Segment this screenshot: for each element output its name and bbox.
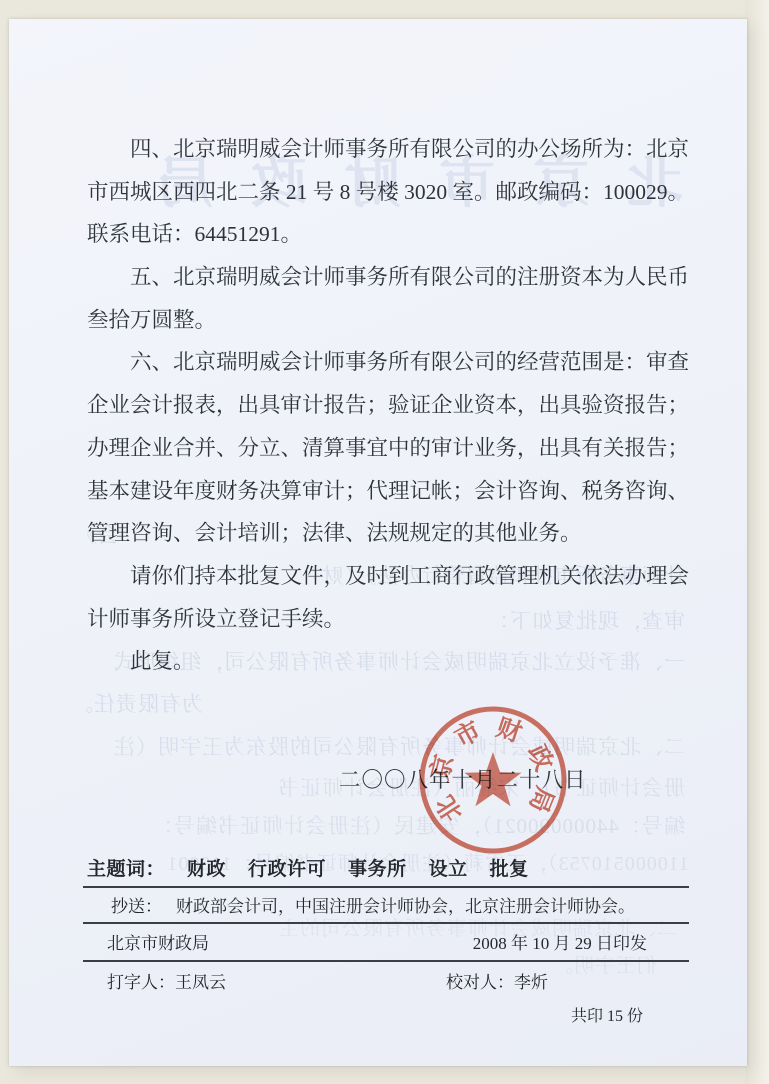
seal-char: 京: [425, 752, 459, 783]
subject-keywords: 财政行政许可事务所设立批复: [165, 859, 529, 880]
doc-line: 请你们持本批复文件，及时到工商行政管理机关依法办理会: [87, 555, 691, 598]
proofreader-name: 李炘: [514, 973, 548, 992]
doc-line: 五、北京瑞明威会计师事务所有限公司的注册资本为人民币: [87, 256, 691, 299]
cc-label: 抄送：: [111, 897, 162, 916]
doc-line: 六、北京瑞明威会计师事务所有限公司的经营范围是：审查: [87, 341, 691, 384]
copies-count: 共印 15 份: [83, 993, 689, 1026]
doc-line: 叁拾万圆整。: [87, 299, 691, 342]
doc-line: 市西城区西四北二条 21 号 8 号楼 3020 室。邮政编码：100029。: [87, 171, 691, 214]
subject-keyword: 行政许可: [248, 859, 326, 880]
doc-line: 计师事务所设立登记手续。: [87, 598, 691, 641]
cc-row: 抄送：财政部会计司，中国注册会计师协会，北京注册会计师协会。: [83, 888, 689, 924]
typist-label: 打字人：: [107, 973, 175, 992]
print-date: 2008 年 10 月 29 日印发: [473, 929, 647, 954]
bleed-text-line: 编号：44000090021），安建民（注册会计师证书编号：: [9, 810, 747, 840]
issue-row: 北京市财政局 2008 年 10 月 29 日印发: [83, 924, 689, 962]
footer-block: 主题词：财政行政许可事务所设立批复 抄送：财政部会计司，中国注册会计师协会，北京…: [83, 854, 689, 1026]
seal-char: 局: [524, 783, 559, 817]
cc-list: 财政部会计司，中国注册会计师协会，北京注册会计师协会。: [176, 897, 635, 916]
document-body: 四、北京瑞明威会计师事务所有限公司的办公场所为：北京市西城区西四北二条 21 号…: [87, 128, 691, 683]
issuer-name: 北京市财政局: [107, 929, 209, 954]
proofreader-label: 校对人：: [446, 973, 514, 992]
scanned-document: { "document": { "lines": [ {"text": "四、北…: [0, 0, 769, 1084]
seal-star-icon: [465, 752, 522, 806]
bleed-text-line: 二、北京瑞明威会计师事务所有限公司的股东为王宇明（注: [9, 731, 747, 761]
subject-keyword: 批复: [490, 859, 529, 880]
official-seal: 北京市财政局: [413, 700, 573, 860]
subject-keyword: 财政: [187, 859, 226, 880]
typist: 打字人：王凤云: [107, 968, 226, 993]
subject-keyword: 设立: [429, 859, 468, 880]
seal-char: 财: [493, 713, 525, 747]
proofreader: 校对人：李炘: [446, 968, 548, 993]
document-page: 北京市财政局会》计师事务所审批和监督管行办法》（财审查，现批复如下：一、准予设立…: [9, 19, 747, 1066]
subject-keyword: 事务所: [348, 859, 407, 880]
doc-line: 管理咨询、会计培训；法律、法规规定的其他业务。: [87, 512, 691, 555]
subject-label: 主题词：: [87, 859, 165, 880]
doc-line: 四、北京瑞明威会计师事务所有限公司的办公场所为：北京: [87, 128, 691, 171]
subject-keywords-row: 主题词：财政行政许可事务所设立批复: [83, 854, 689, 888]
typist-name: 王凤云: [175, 973, 226, 992]
scanner-edge-shadow: [745, 0, 769, 1084]
doc-line: 办理企业合并、分立、清算事宜中的审计业务，出具有关报告；: [87, 427, 691, 470]
doc-line: 基本建设年度财务决算审计；代理记帐；会计咨询、税务咨询、: [87, 470, 691, 513]
doc-line: 企业会计报表，出具审计报告；验证企业资本，出具验资报告；: [87, 384, 691, 427]
doc-line: 联系电话：64451291。: [87, 213, 691, 256]
typist-row: 打字人：王凤云 校对人：李炘: [83, 962, 689, 993]
doc-line: 此复。: [87, 640, 691, 683]
bleed-text-line: 为有限责任。: [9, 688, 747, 718]
